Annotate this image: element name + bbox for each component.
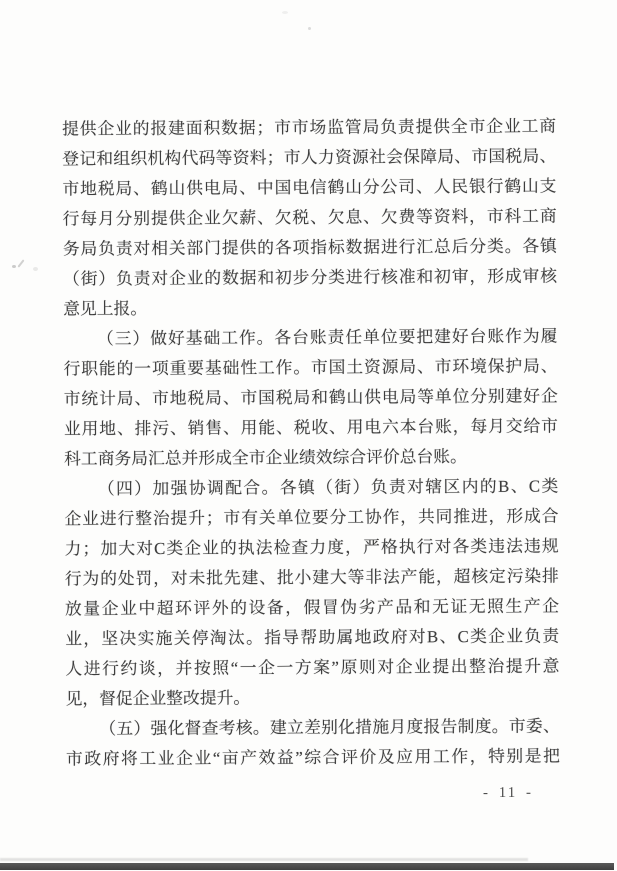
document-line: 见，督促企业整改提升。 [65,681,559,714]
document-line: 科工商务局汇总并形成全市企业绩效综合评价总台账。 [64,441,558,474]
document-line: 登记和组织机构代码等资料；市人力资源社会保障局、市国税局、 [62,141,556,174]
document-line: 市地税局、鹤山供电局、中国电信鹤山分公司、人民银行鹤山支 [62,171,556,204]
document-line: 业，坚决实施关停淘汰。指导帮助属地政府对B、C类企业负责 [65,621,559,654]
document-line: 放量企业中超环评外的设备，假冒伪劣产品和无证无照生产企 [65,591,559,624]
document-line: （街）负责对企业的数据和初步分类进行核准和初审，形成审核 [63,261,557,294]
document-line: 企业进行整治提升；市有关单位要分工协作，共同推进，形成合 [64,501,558,534]
document-line: 市政府将工业企业“亩产效益”综合评价及应用工作，特别是把 [66,741,560,774]
document-line: 务局负责对相关部门提供的各项指标数据进行汇总后分类。各镇 [63,231,557,264]
scan-artifact-speck [308,27,311,30]
document-page: 提供企业的报建面积数据；市市场监管局负责提供全市企业工商登记和组织机构代码等资料… [0,0,617,871]
document-line: （四）加强协调配合。各镇（街）负责对辖区内的B、C类 [64,471,558,504]
scan-artifact-speck [12,265,16,268]
document-line: 业用地、排污、销售、用能、税收、用电六本台账，每月交给市 [64,411,558,444]
document-line: 力；加大对C类企业的执法检查力度，严格执行对各类违法违规 [65,531,559,564]
document-body: 提供企业的报建面积数据；市市场监管局负责提供全市企业工商登记和组织机构代码等资料… [62,111,560,774]
scan-smudge-line [0,858,528,861]
scan-artifact-speck [282,11,288,14]
scan-artifact-speck [17,259,24,267]
document-line: （五）强化督查考核。建立差别化措施月度报告制度。市委、 [66,711,560,744]
document-line: 意见上报。 [63,291,557,324]
document-line: 人进行约谈，并按照“一企一方案”原则对企业提出整治提升意 [65,651,559,684]
document-line: （三）做好基础工作。各台账责任单位要把建好台账作为履 [63,321,557,354]
document-line: 提供企业的报建面积数据；市市场监管局负责提供全市企业工商 [62,111,556,144]
document-line: 行每月分别提供企业欠薪、欠税、欠息、欠费等资料，市科工商 [63,201,557,234]
document-line: 市统计局、市地税局、市国税局和鹤山供电局等单位分别建好企 [64,381,558,414]
scan-artifact-speck [33,267,38,271]
scan-edge-strip [0,863,614,870]
document-line: 行职能的一项重要基础性工作。市国土资源局、市环境保护局、 [63,351,557,384]
document-line: 行为的处罚，对未批先建、批小建大等非法产能，超核定污染排 [65,561,559,594]
page-number: - 11 - [483,785,533,802]
